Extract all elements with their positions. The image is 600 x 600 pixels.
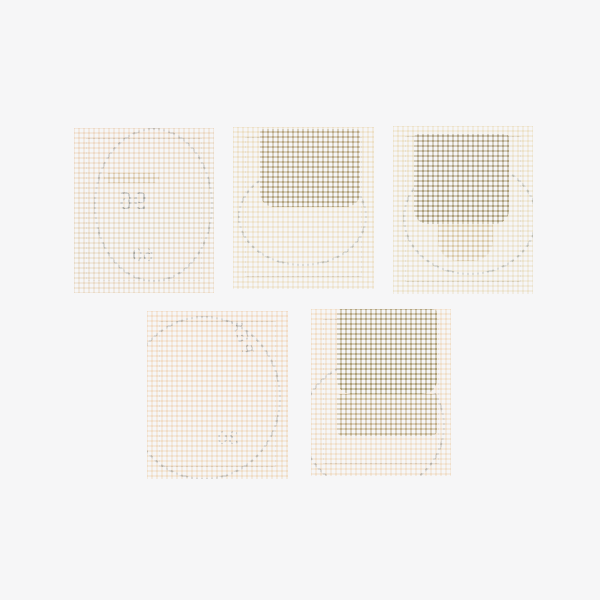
stamp-back-2: [233, 127, 374, 289]
hinge-residue: [104, 173, 159, 183]
stamp-back-1: 96 60: [74, 128, 214, 293]
hinge: [260, 129, 360, 207]
value-numeral: 60: [132, 246, 154, 266]
hinge-residue: [438, 221, 493, 261]
stamp-back-5: [311, 309, 451, 476]
hinge: [337, 309, 437, 394]
stamp-back-4: PEA 30: [147, 311, 288, 479]
hinge-lower: [337, 394, 437, 436]
stamp-back-3: [393, 126, 533, 294]
hinge: [414, 134, 509, 224]
postmark-text: 96: [119, 190, 147, 215]
value-numeral: 30: [217, 429, 239, 449]
